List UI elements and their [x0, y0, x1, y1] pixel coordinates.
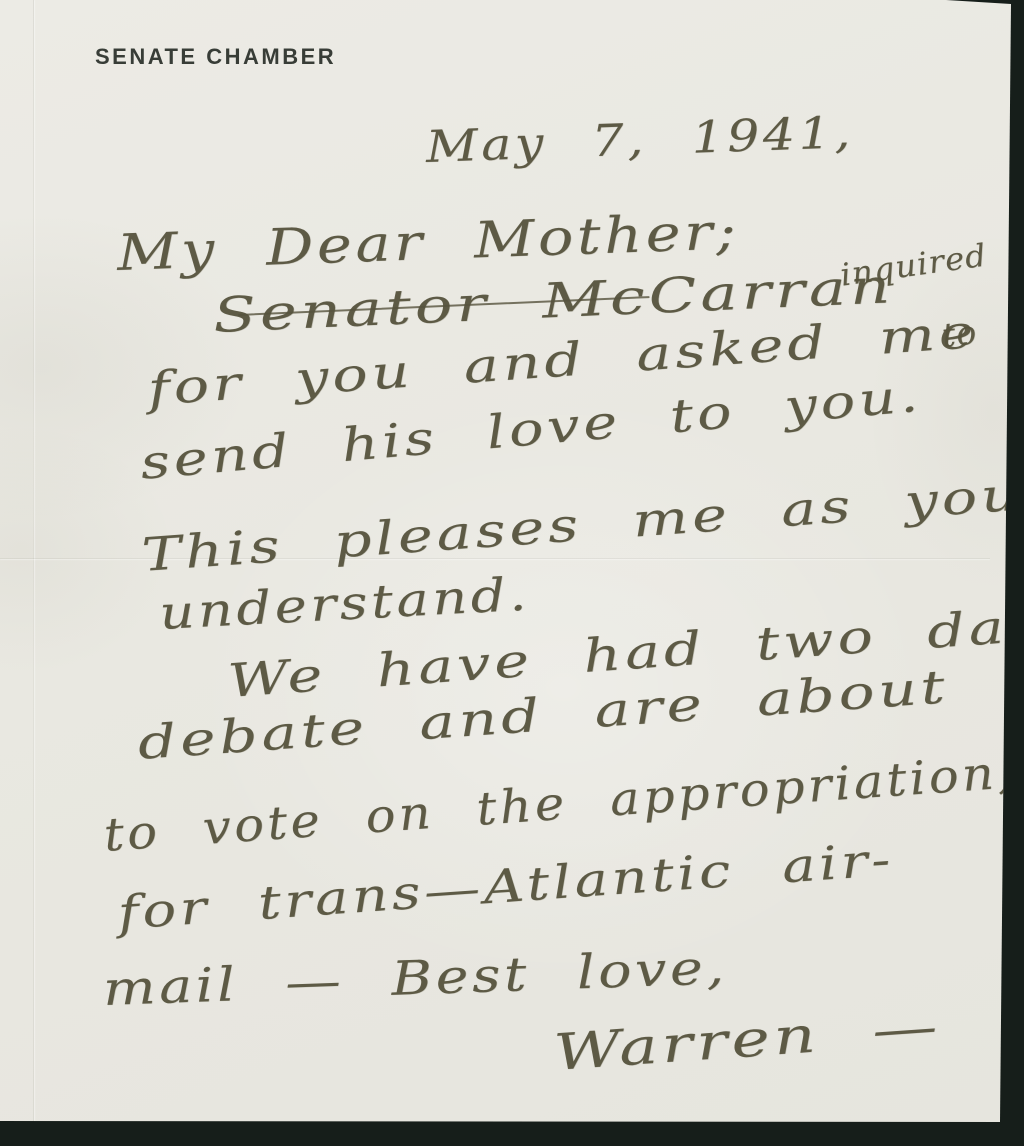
date-line: May 7, 1941,: [425, 107, 854, 173]
signature: Warren —: [552, 997, 943, 1082]
letter-paper: SENATE CHAMBER May 7, 1941, My Dear Moth…: [0, 0, 1024, 1146]
vertical-fold-crease: [33, 0, 34, 1121]
letterhead-text: SENATE CHAMBER: [95, 44, 336, 70]
body-line-understand: understand.: [158, 567, 531, 640]
body-line-best-love: mail — Best love,: [102, 940, 728, 1017]
body-line-this-pleases: This pleases me as you: [140, 466, 1024, 581]
body-word-inquired: inquired: [838, 237, 989, 293]
